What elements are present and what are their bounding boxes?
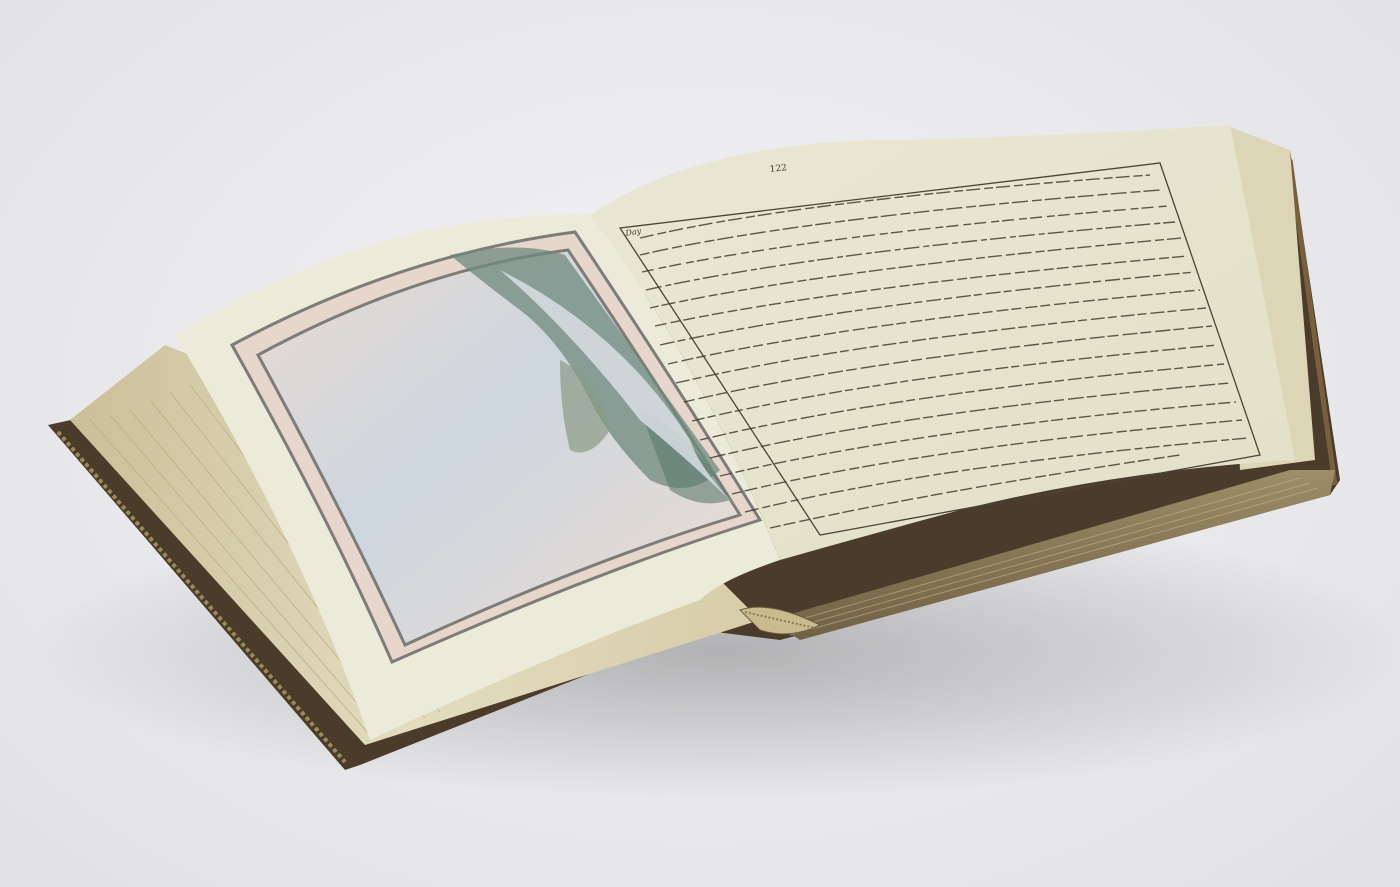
photo-scene: 122 Day Open antique manuscript book [0, 0, 1400, 887]
page-number: 122 [769, 163, 787, 175]
open-book: 122 Day [0, 0, 1400, 887]
